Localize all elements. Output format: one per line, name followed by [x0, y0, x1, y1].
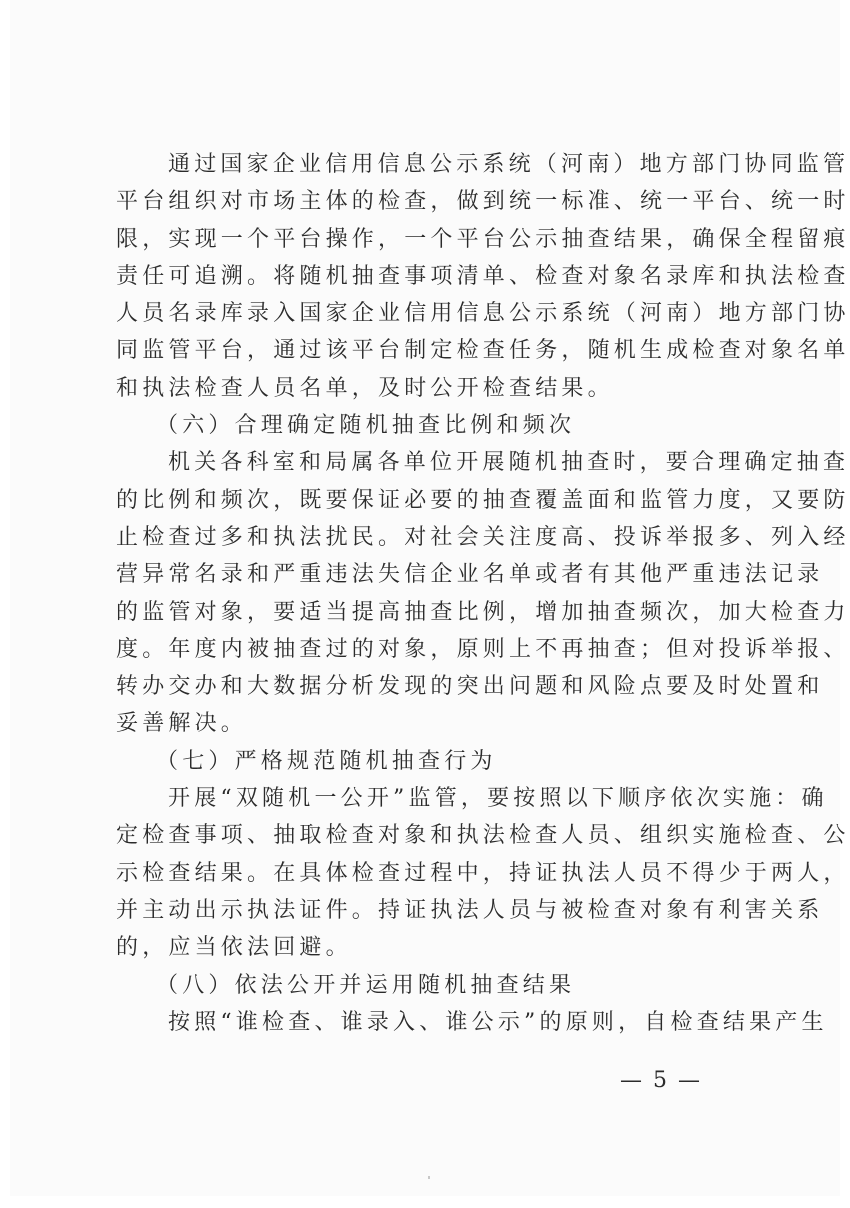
paragraph-line: 并主动出示执法证件。持证执法人员与被检查对象有利害关系	[116, 892, 766, 929]
paragraph-line: 机关各科室和局属各单位开展随机抽查时，要合理确定抽查	[116, 444, 766, 481]
paragraph-line: 责任可追溯。将随机抽查事项清单、检查对象名录库和执法检查	[116, 258, 766, 295]
paragraph-line: 的比例和频次，既要保证必要的抽查覆盖面和监管力度，又要防	[116, 482, 766, 519]
paragraph-line: 的，应当依法回避。	[116, 929, 766, 966]
section-heading-8: （八）依法公开并运用随机抽查结果	[116, 967, 766, 1004]
paragraph-line: 转办交办和大数据分析发现的突出问题和风险点要及时处置和	[116, 668, 766, 705]
paragraph-line: 限，实现一个平台操作，一个平台公示抽查结果，确保全程留痕、	[116, 221, 766, 258]
paragraph-line: 营异常名录和严重违法失信企业名单或者有其他严重违法记录	[116, 556, 766, 593]
paragraph-line: 示检查结果。在具体检查过程中，持证执法人员不得少于两人，	[116, 855, 766, 892]
paragraph-line: 平台组织对市场主体的检查，做到统一标准、统一平台、统一时	[116, 183, 766, 220]
paragraph-line: 同监管平台，通过该平台制定检查任务，随机生成检查对象名单	[116, 332, 766, 369]
paragraph-line: 的监管对象，要适当提高抽查比例，增加抽查频次，加大检查力	[116, 594, 766, 631]
paragraph-line: 和执法检查人员名单，及时公开检查结果。	[116, 370, 766, 407]
page-number: — 5 —	[620, 1068, 702, 1093]
paragraph-line: 止检查过多和执法扰民。对社会关注度高、投诉举报多、列入经	[116, 519, 766, 556]
scan-artifact	[428, 1176, 430, 1179]
paragraph-line: 妥善解决。	[116, 705, 766, 742]
paragraph-line: 开展“双随机一公开”监管，要按照以下顺序依次实施：确	[116, 780, 766, 817]
paragraph-line: 按照“谁检查、谁录入、谁公示”的原则，自检查结果产生	[116, 1004, 766, 1041]
paragraph-line: 度。年度内被抽查过的对象，原则上不再抽查；但对投诉举报、	[116, 631, 766, 668]
paragraph-line: 人员名录库录入国家企业信用信息公示系统（河南）地方部门协	[116, 295, 766, 332]
section-heading-6: （六）合理确定随机抽查比例和频次	[116, 407, 766, 444]
section-heading-7: （七）严格规范随机抽查行为	[116, 743, 766, 780]
paragraph-line: 定检查事项、抽取检查对象和执法检查人员、组织实施检查、公	[116, 817, 766, 854]
paragraph-line: 通过国家企业信用信息公示系统（河南）地方部门协同监管	[116, 146, 766, 183]
document-body: 通过国家企业信用信息公示系统（河南）地方部门协同监管 平台组织对市场主体的检查，…	[116, 146, 766, 1041]
